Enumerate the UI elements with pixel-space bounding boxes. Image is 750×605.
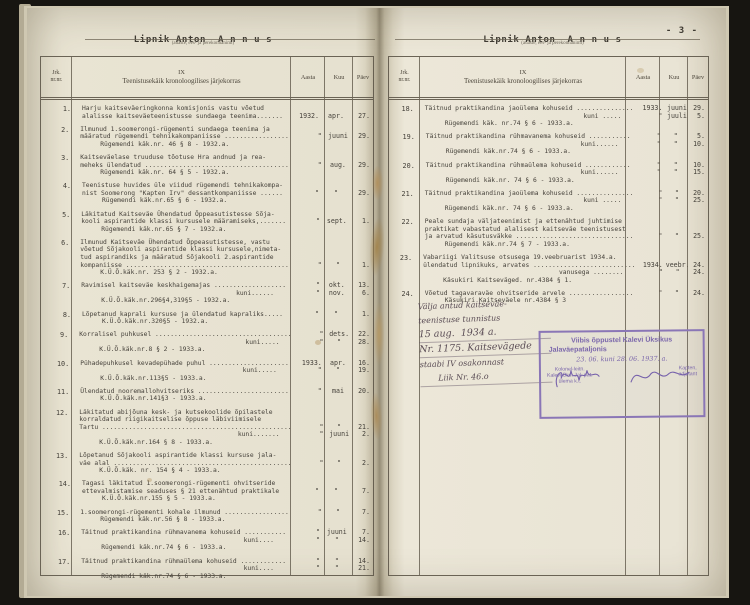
date-day: 24. — [690, 269, 705, 277]
date-year — [287, 226, 320, 234]
date-month: " — [326, 339, 351, 347]
row-description: Ravimisel kaitseväe keskhaigemajas .....… — [75, 282, 287, 305]
date-day-cell: 24.24. — [690, 254, 708, 284]
date-month — [325, 269, 351, 277]
date-day — [690, 277, 705, 285]
text-line: Pühadepuhkusel kevadepühade puhul ......… — [80, 360, 289, 368]
text-line: Rügemendi käk.nr.74 § 6 - 1933.a. — [426, 148, 631, 156]
date-year — [290, 269, 322, 277]
date-month — [325, 246, 351, 254]
text-line: Läkitatud Kaitseväe Ühendatud Õppeasutis… — [81, 211, 286, 219]
date-month — [325, 141, 351, 149]
service-record-table-left: Jrk. nr.nr. IX Teenistusekäik kronoloogi… — [40, 56, 374, 576]
row-number: 6. — [41, 239, 74, 277]
date-month: juuni — [325, 133, 351, 141]
text-line: Rügemendi käk.nr.65 § 6 - 1932.a. — [82, 197, 284, 205]
date-month — [666, 277, 690, 285]
row-number: 19. — [389, 133, 420, 156]
date-month-cell: veebr." — [666, 254, 690, 284]
row-description: Lõpetanud kaprali kursuse ja ülendatud k… — [76, 311, 285, 326]
date-year: " — [293, 431, 324, 439]
date-year-cell: " — [287, 211, 323, 234]
date-month — [323, 573, 350, 581]
date-year-cell: "" — [293, 409, 327, 447]
row-number: 2. — [41, 126, 74, 149]
column-rule — [324, 57, 325, 575]
text-line: vanusega ........ — [423, 269, 635, 277]
table-row: 22.Peale sundaja väljateenimist ja etten… — [389, 218, 708, 248]
table-row: 19.Täitnud praktikandina rühmavanema koh… — [389, 133, 708, 156]
text-line: kuni ..... — [425, 197, 634, 205]
row-number: 21. — [389, 190, 419, 213]
date-month-cell: " — [326, 452, 351, 475]
date-month — [665, 297, 688, 305]
date-year — [293, 409, 324, 417]
text-line: korraldatud riigikaitselise õppuse läbiv… — [79, 416, 291, 424]
text-line: ülendatud lipnikuks, arvates ...........… — [423, 262, 635, 270]
text-line: Täitnud praktikandina jaoülema kohuseid … — [425, 105, 634, 113]
col-header-month: Kuu — [660, 57, 688, 97]
text-line: 1.soomerongi-rügementi kohale ilmunud ..… — [80, 509, 289, 517]
date-year-cell: " — [290, 239, 325, 277]
section-number: IX — [420, 68, 626, 77]
text-line: Täitnud praktikandina jaoülema kohuseid … — [425, 190, 634, 198]
tape-fragment — [372, 166, 383, 200]
date-year — [287, 573, 320, 581]
date-year: " — [290, 162, 322, 170]
text-line: Teenistuse huvides üle viidud rügemendi … — [82, 182, 284, 190]
date-year: " — [290, 133, 322, 141]
date-year: " — [287, 529, 320, 537]
header-rule — [395, 39, 700, 40]
date-day — [688, 241, 705, 249]
paper-stain — [315, 340, 321, 345]
row-number: 3. — [41, 154, 74, 177]
date-month-cell: " — [325, 239, 351, 277]
date-month — [325, 375, 351, 383]
date-year — [293, 346, 324, 354]
text-line: Ilmunud 1.soomerongi-rügementi sundaega … — [80, 126, 289, 134]
text-line: kuni..... — [80, 367, 289, 375]
date-month — [326, 346, 351, 354]
text-line: Kaitseväelase truuduse tõotuse Hra andnu… — [80, 154, 289, 162]
col-header-day: Päev — [688, 57, 708, 97]
date-year-cell: "" — [287, 282, 323, 305]
text-line: Harju kaitseväeringkonna komisjonis vast… — [82, 105, 284, 113]
row-description: Peale sundaja väljateenimist ja ettenäht… — [419, 218, 635, 248]
row-number: 9. — [41, 331, 73, 354]
text-line: K.Ü.Õ.käk.nr.155 § 5 - 1933.a. — [82, 495, 284, 503]
date-year — [290, 375, 322, 383]
date-month: sept. — [323, 218, 350, 226]
col-header-nr: Jrk. nr.nr. — [389, 57, 420, 97]
col-header-main: IX Teenistusekäik kronoloogilises järjek… — [420, 57, 626, 97]
row-description: 1.soomerongi-rügementi kohale ilmunud ..… — [74, 509, 290, 524]
row-description: Täitnud praktikandina jaoülema kohuseid … — [419, 105, 635, 128]
date-month: nov. — [323, 290, 350, 298]
date-year — [287, 297, 320, 305]
text-line: Täitnud praktikandina rühmavanema kohuse… — [81, 529, 286, 537]
text-line: Rügemendi käk.nr. 74 § 6 - 1933.a. — [426, 177, 631, 185]
text-line: kuni...... — [426, 169, 631, 177]
column-rule — [625, 57, 626, 575]
date-month-cell: "" — [664, 133, 688, 156]
column-rule — [687, 57, 688, 575]
date-year: 1933. — [290, 360, 322, 368]
date-year: " — [290, 262, 322, 270]
row-number: 23. — [389, 254, 417, 284]
row-description: Täitnud praktikandina rühmaülema kohusei… — [420, 162, 632, 185]
date-year: " — [632, 169, 661, 177]
date-month — [323, 226, 350, 234]
date-year — [290, 239, 322, 247]
date-year: " — [287, 290, 320, 298]
date-month: " — [665, 233, 688, 241]
table-header: Jrk. nr.nr. IX Teenistusekäik kronoloogi… — [389, 57, 708, 100]
text-line: K.Ü.Õ.käk.nr.320§5 - 1932.a. — [82, 318, 284, 326]
date-month — [665, 241, 688, 249]
date-month: " — [665, 290, 688, 298]
text-line: määratud rügemendi tehnikakompaniisse ..… — [80, 133, 289, 141]
date-day — [688, 205, 705, 213]
row-number: 10. — [41, 360, 74, 383]
text-line: Korralisel puhkusel ....................… — [79, 331, 291, 339]
date-month: " — [325, 509, 351, 517]
date-year-cell: "" — [634, 190, 665, 213]
table-row: 21.Täitnud praktikandina jaoülema kohuse… — [389, 190, 708, 213]
text-line: Tagasi läkitatud 1.soomerongi-rügementi … — [82, 480, 284, 488]
date-year — [290, 254, 322, 262]
date-month-cell: juuni" — [323, 529, 350, 552]
date-month-cell: apr." — [325, 360, 351, 383]
date-day-cell: 25. — [688, 218, 708, 248]
date-year — [287, 211, 320, 219]
text-line: meheks ülendatud .......................… — [80, 162, 289, 170]
text-line: K.Ü.Õ.käk. nr. 154 § 4 - 1933.a. — [79, 467, 291, 475]
date-day — [688, 297, 705, 305]
text-line: alalisse kaitseväeteenistusse sundaega t… — [82, 113, 284, 121]
column-rule — [352, 57, 353, 575]
row-description: Pühadepuhkusel kevadepühade puhul ......… — [74, 360, 290, 383]
row-description: Täitnud praktikandina rühmavanema kohuse… — [75, 529, 287, 552]
text-line: Lõpetanud Sõjakooli aspirantide klassi k… — [79, 452, 291, 460]
date-month — [326, 439, 351, 447]
text-line: Tartu ..................................… — [79, 424, 291, 432]
row-number: 18. — [389, 105, 419, 128]
date-year: " — [287, 558, 320, 566]
date-month: " — [664, 169, 688, 177]
text-line: Peale sundaja väljateenimist ja ettenäht… — [425, 218, 634, 226]
date-year-cell: 1933." — [634, 105, 665, 128]
date-year: " — [287, 218, 320, 226]
date-day: 24. — [688, 290, 705, 298]
date-month — [664, 148, 688, 156]
date-day: 15. — [688, 169, 705, 177]
row-description: Täitnud praktikandina jaoülema kohuseid … — [419, 190, 635, 213]
date-month: " — [322, 190, 350, 198]
date-month-cell: okt.nov. — [323, 282, 350, 305]
text-line: kuni...... — [426, 141, 631, 149]
col-header-nr: Jrk. nr.nr. — [41, 57, 72, 97]
table-body-right: 18.Täitnud praktikandina jaoülema kohuse… — [389, 100, 708, 305]
date-year-cell: "" — [287, 558, 323, 581]
date-month — [665, 205, 688, 213]
date-year — [290, 246, 322, 254]
date-day-cell: 20.25. — [688, 190, 708, 213]
row-number: 20. — [389, 162, 420, 185]
date-month-cell: sept. — [323, 211, 350, 234]
row-number: 11. — [41, 388, 74, 403]
date-year-cell: "" — [293, 331, 327, 354]
date-month — [322, 318, 350, 326]
date-year — [290, 395, 322, 403]
date-month — [325, 239, 351, 247]
col-header-month: Kuu — [325, 57, 353, 97]
section-title: Teenistusekäik kronoloogilises järjekorr… — [420, 77, 626, 86]
date-month — [322, 495, 350, 503]
text-line: Rügemendi käk.nr.74 § 6 - 1933.a. — [81, 573, 286, 581]
date-year — [293, 439, 324, 447]
date-month-cell: "" — [665, 190, 688, 213]
row-description: Ilmunud 1.soomerongi-rügementi sundaega … — [74, 126, 290, 149]
text-line: Rügemendi käk.nr. 64 § 5 - 1932.a. — [80, 169, 289, 177]
date-year — [290, 126, 322, 134]
col-header-nr-line2: nr.nr. — [389, 77, 420, 84]
column-rule — [290, 57, 291, 575]
col-header-year: Aasta — [626, 57, 660, 97]
date-month-cell: aug. — [325, 154, 351, 177]
date-month — [665, 218, 688, 226]
row-description: Ilmunud Kaitseväe Ühendatud Õppeasutiste… — [74, 239, 290, 277]
text-line: K.Ü.Õ.käk.nr.296§4,319§5 - 1932.a. — [81, 297, 286, 305]
date-year: " — [632, 141, 661, 149]
date-month-cell: " — [665, 218, 688, 248]
text-line: võetud Sõjakooli aspirantide klassi kurs… — [80, 246, 289, 254]
page-right: Lipnik Anton A n n u s - 3 - (auaste, ee… — [379, 8, 726, 596]
date-month-cell: juuni — [325, 126, 351, 149]
date-month-cell: " — [322, 311, 350, 326]
date-month: " — [325, 367, 351, 375]
scanned-document-photo: Lipnik Anton A n n u s (auaste, ees- ja … — [0, 0, 750, 605]
row-description: Korralisel puhkusel ....................… — [73, 331, 292, 354]
text-line: kuni....... — [79, 431, 291, 439]
text-line: Rügemendi käk.nr. 46 § 8 - 1932.a. — [80, 141, 289, 149]
date-month: " — [322, 311, 350, 319]
date-year: " — [287, 565, 320, 573]
date-month: " — [664, 141, 688, 149]
text-line: Vabariigi Valitsuse otsusega 19.veebruar… — [423, 254, 635, 262]
date-month: " — [323, 537, 350, 545]
date-month — [325, 395, 351, 403]
text-line: kuni.... — [81, 537, 286, 545]
date-year: " — [293, 460, 324, 468]
date-month: " — [666, 269, 690, 277]
header-caption: (auaste, ees- ja perekonnanimi) — [379, 41, 726, 46]
date-month — [326, 409, 351, 417]
date-day — [688, 218, 705, 226]
date-month: mai — [325, 388, 351, 396]
date-year: " — [287, 282, 320, 290]
date-year: " — [290, 367, 322, 375]
column-rule — [71, 57, 72, 575]
date-month — [664, 177, 688, 185]
col-header-year: Aasta — [291, 57, 325, 97]
date-day: 25. — [688, 233, 705, 241]
paper-stain — [147, 478, 152, 482]
date-month-cell: mai — [325, 388, 351, 403]
date-month-cell: "" — [664, 162, 688, 185]
date-year — [290, 154, 322, 162]
row-description: Vabariigi Valitsuse otsusega 19.veebruar… — [417, 254, 636, 284]
row-number: 24. — [389, 290, 419, 305]
page-number: - 3 - — [666, 26, 698, 36]
text-line: Käsukiri Kaitseväged. nr.4384 § 1. — [423, 277, 635, 285]
date-year — [290, 141, 322, 149]
handwritten-note: Välja antud kaitseväe-teenistuse tunnist… — [418, 296, 553, 388]
text-line: Rügemendi käk.nr.74 § 6 - 1933.a. — [81, 544, 286, 552]
date-year — [290, 516, 322, 524]
date-month-cell: "juuni — [326, 409, 351, 447]
row-description: Teenistuse huvides üle viidud rügemendi … — [76, 182, 285, 205]
date-year-cell: 1933." — [290, 360, 325, 383]
date-month-cell: "" — [323, 558, 350, 581]
date-year-cell: " — [634, 218, 665, 248]
row-description: Täitnud praktikandina rühmavanema kohuse… — [420, 133, 632, 156]
text-line: K.Ü.Õ.käk.nr.8 § 2 - 1933.a. — [79, 346, 291, 354]
date-year-cell: " — [634, 290, 665, 305]
date-month — [322, 197, 350, 205]
row-description: Harju kaitseväeringkonna komisjonis vast… — [76, 105, 285, 120]
col-header-nr-line1: Jrk. — [41, 70, 72, 77]
date-year — [290, 169, 322, 177]
document-spread: Lipnik Anton A n n u s (auaste, ees- ja … — [27, 8, 726, 596]
date-month-cell: " — [665, 290, 688, 305]
text-line: nist Soomerong "Kapten Irv" dessantkompa… — [82, 190, 284, 198]
row-description: Ülendatud nooremallohvitseriks .........… — [74, 388, 290, 403]
table-row: 20.Täitnud praktikandina rühmaülema kohu… — [389, 162, 708, 185]
row-description: Täitnud praktikandina rühmaülema kohusei… — [75, 558, 287, 581]
date-month-cell: dets." — [326, 331, 351, 354]
date-year: " — [287, 537, 320, 545]
row-description: Läkitatud abijõuna kesk- ja kutsekoolide… — [73, 409, 292, 447]
row-number: 22. — [389, 218, 419, 248]
date-year — [632, 177, 661, 185]
battalion-stamp: Viibis õppustel Kalevi Üksikus Jalaväepa… — [539, 329, 706, 419]
row-description: Tagasi läkitatud 1.soomerongi-rügementi … — [76, 480, 285, 503]
text-line: K.Ü.Õ.käk.nr.141§3 - 1933.a. — [80, 395, 289, 403]
date-month — [325, 169, 351, 177]
text-line: Rügemendi käk.nr.56 § 8 - 1933.a. — [80, 516, 289, 524]
date-month-cell: apr. — [322, 105, 350, 120]
row-description: Lõpetanud Sõjakooli aspirantide klassi k… — [73, 452, 292, 475]
date-year-cell: 1934." — [636, 254, 665, 284]
table-row: 18.Täitnud praktikandina jaoülema kohuse… — [389, 105, 708, 128]
date-year-cell: " — [290, 509, 325, 524]
tape-fragment — [374, 303, 384, 365]
date-year — [632, 148, 661, 156]
col-header-main: IX Teenistusekäik kronoloogilises järjek… — [72, 57, 291, 97]
signature-icon — [551, 362, 603, 391]
text-line: Läkitatud abijõuna kesk- ja kutsekoolide… — [79, 409, 291, 417]
date-month — [323, 297, 350, 305]
text-line: K.Ü.Õ.käk.nr.113§5 - 1933.a. — [80, 375, 289, 383]
date-month: aug. — [325, 162, 351, 170]
text-line: kuni ..... — [425, 113, 634, 121]
column-rule — [659, 57, 660, 575]
binding-fold — [365, 8, 393, 596]
date-year: " — [290, 388, 322, 396]
row-number: 12. — [41, 409, 73, 447]
table-row: 23.Vabariigi Valitsuse otsusega 19.veebr… — [389, 254, 708, 284]
section-title: Teenistusekäik kronoloogilises järjekorr… — [72, 77, 291, 86]
date-month-cell: " — [322, 480, 350, 503]
row-number: 13. — [41, 452, 73, 475]
text-line: Rügemendi käk.nr.74 § 7 - 1933.a. — [425, 241, 634, 249]
col-header-nr-line2: nr.nr. — [41, 77, 72, 84]
date-year-cell: " — [290, 154, 325, 177]
text-line: Täitnud praktikandina rühmaülema kohusei… — [426, 162, 631, 170]
date-month: " — [325, 262, 351, 270]
date-month — [325, 516, 351, 524]
date-month-cell: juunijuuli — [665, 105, 688, 128]
text-line: K.Ü.Õ.käk.nr. 253 § 2 - 1932.a. — [80, 269, 289, 277]
text-line: Rügemendi käk.nr. 74 § 6 - 1933.a. — [425, 205, 634, 213]
header-rule — [85, 39, 375, 40]
date-month — [323, 544, 350, 552]
date-day-cell: 5.10. — [688, 133, 708, 156]
date-month — [665, 120, 688, 128]
date-year — [293, 467, 324, 475]
header-caption: (auaste, ees- ja perekonnanimi) — [27, 41, 379, 46]
text-line: K.Ü.Õ.käk.nr.164 § 8 - 1933.a. — [79, 439, 291, 447]
section-number: IX — [72, 68, 291, 77]
date-year-cell: " — [290, 388, 325, 403]
date-day: 5. — [688, 113, 705, 121]
text-line: praktikat vabastatud alalisest kaitseväe… — [425, 226, 634, 234]
text-line: Täitnud praktikandina rühmaülema kohusei… — [81, 558, 286, 566]
text-line: ja arvatud käsutusväkke ................… — [425, 233, 634, 241]
signature-icon — [627, 367, 693, 388]
date-day-cell: 10.15. — [688, 162, 708, 185]
date-year: " — [290, 509, 322, 517]
date-month: juuli — [665, 113, 688, 121]
text-line: tud aspirandiks ja määratud Sõjakooli 2.… — [80, 254, 289, 262]
date-year-cell: " — [290, 126, 325, 149]
date-year — [287, 544, 320, 552]
text-line: kooli aspirantide klassi kursusele määra… — [81, 218, 286, 226]
text-line: Täitnud praktikandina rühmavanema kohuse… — [426, 133, 631, 141]
date-day: 25. — [688, 197, 705, 205]
date-month: apr. — [322, 113, 350, 121]
row-description: Kaitseväelase truuduse tõotuse Hra andnu… — [74, 154, 290, 177]
date-day: 10. — [688, 141, 705, 149]
date-month: " — [326, 460, 351, 468]
date-month — [326, 467, 351, 475]
date-month: juuni — [326, 431, 351, 439]
text-line: kuni.... — [81, 565, 286, 573]
date-month-cell: " — [325, 509, 351, 524]
row-number: 15. — [41, 509, 74, 524]
page-left: Lipnik Anton A n n u s (auaste, ees- ja … — [27, 8, 379, 596]
date-year-cell: " — [293, 452, 327, 475]
date-day-cell: 29.5. — [688, 105, 708, 128]
text-line: Ravimisel kaitseväe keskhaigemajas .....… — [81, 282, 286, 290]
text-line: Rügemendi käk. nr.74 § 6 - 1933.a. — [425, 120, 634, 128]
date-day — [688, 177, 705, 185]
paper-stain — [637, 68, 644, 73]
date-day — [688, 120, 705, 128]
date-month: " — [665, 197, 688, 205]
